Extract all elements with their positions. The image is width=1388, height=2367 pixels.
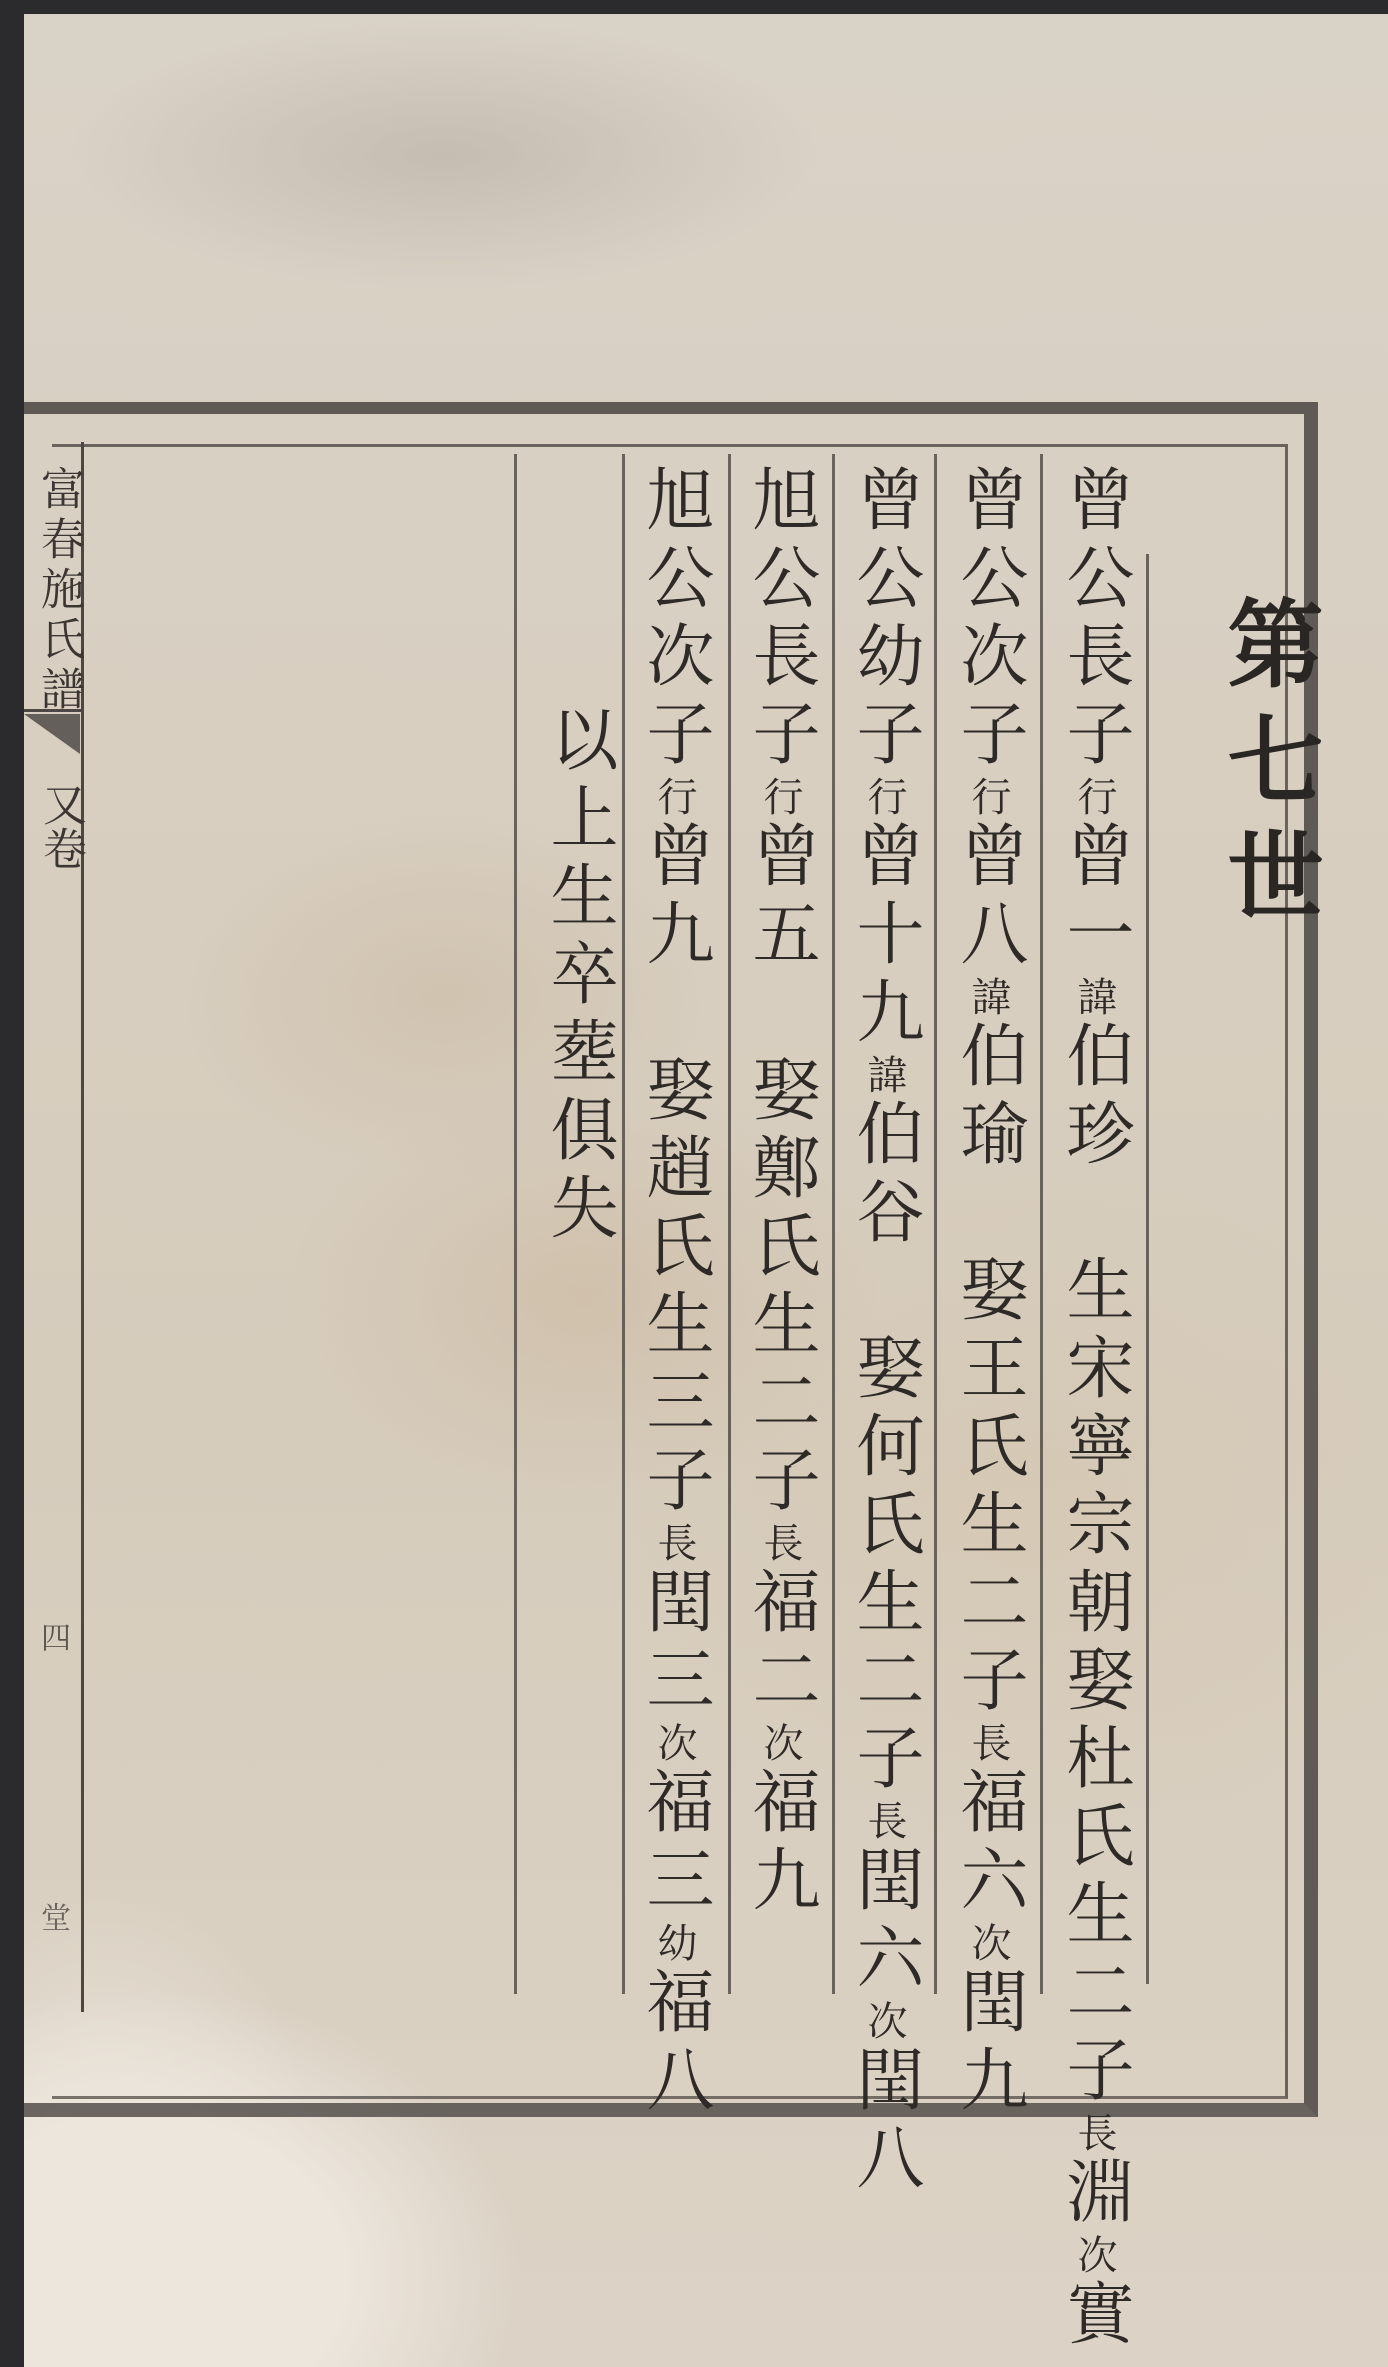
entry-son: 福二 [741,1566,820,1722]
entry-name: 曾公次子 [949,464,1028,776]
entry-annotation: 行 [651,776,697,820]
genealogy-entry-2: 曾公次子行曾八諱伯瑜 娶王氏生二子長福六次閏九 [954,464,1022,2122]
entry-annotation: 次 [757,1722,803,1766]
spine-volume: 又卷 [28,782,92,870]
entry-rank: 曾一 [1055,820,1134,976]
entry-annotation: 行 [1071,776,1117,820]
entry-annotation: 行 [965,776,1011,820]
entry-son: 淵 [1055,2156,1134,2234]
genealogy-entry-4: 旭公長子行曾五 娶鄭氏生二子長福二次福九 [746,464,814,1922]
column-rule [934,454,937,1994]
fishtail-mark-icon [24,714,80,754]
entry-annotation: 次 [965,1922,1011,1966]
genealogy-page: 富春施氏譜 又卷 四 堂 第七世 曾公長子行曾一諱伯珍 生宋寧宗朝娶杜氏生二子長… [24,14,1388,2367]
column-rule [1146,554,1149,1984]
entry-annotation: 次 [1071,2234,1117,2278]
entry-son: 福八 [635,1966,714,2122]
genealogy-entry-5: 旭公次子行曾九 娶趙氏生三子長閏三次福三幼福八 [640,464,708,2122]
spine-volume-label: 卷 [35,826,86,870]
entry-annotation: 次 [861,2000,907,2044]
book-spine-margin: 富春施氏譜 又卷 四 堂 [24,442,84,2012]
entry-son: 閏八 [845,2044,924,2200]
entry-text: 曾九 娶趙氏生三子 [635,820,714,1522]
note-text: 以上生卒塟俱失 [539,704,618,1250]
entry-annotation: 長 [965,1722,1011,1766]
spine-page-number: 四 [30,1622,74,1652]
entry-rank: 曾十九 [845,820,924,1054]
entry-rank: 曾八 [949,820,1028,976]
column-rule [1040,454,1043,1994]
entry-text: 伯谷 娶何氏生二子 [845,1098,924,1800]
spine-hall-name: 堂 [30,1902,74,1932]
generation-heading: 第七世 [1200,594,1337,942]
spine-book-title: 富春施氏譜 [26,466,90,716]
entry-son: 實 [1055,2278,1134,2356]
entry-text: 伯珍 生宋寧宗朝娶杜氏生二子 [1055,1020,1134,2112]
entry-text: 曾五 娶鄭氏生二子 [741,820,820,1522]
genealogy-entry-3: 曾公幼子行曾十九諱伯谷 娶何氏生二子長閏六次閏八 [850,464,918,2200]
entry-son: 閏九 [949,1966,1028,2122]
entry-annotation: 長 [651,1522,697,1566]
entry-name: 曾公幼子 [845,464,924,776]
entry-annotation: 長 [757,1522,803,1566]
spine-volume-prefix: 又 [35,782,86,826]
entry-son: 閏六 [845,1844,924,2000]
entry-annotation: 長 [861,1800,907,1844]
entry-son: 閏三 [635,1566,714,1722]
entry-text: 伯瑜 娶王氏生二子 [949,1020,1028,1722]
entry-son: 福九 [741,1766,820,1922]
genealogy-entry-1: 曾公長子行曾一諱伯珍 生宋寧宗朝娶杜氏生二子長淵次實 [1060,464,1128,2356]
genealogy-note: 以上生卒塟俱失 [544,704,612,1250]
entry-annotation: 長 [1071,2112,1117,2156]
column-rule [622,454,625,1994]
entry-annotation: 次 [651,1722,697,1766]
entry-annotation: 行 [757,776,803,820]
column-rule [514,454,517,1994]
entry-name: 旭公長子 [741,464,820,776]
entry-annotation: 諱 [861,1054,907,1098]
entry-annotation: 幼 [651,1922,697,1966]
entry-son: 福三 [635,1766,714,1922]
column-rule [728,454,731,1994]
entry-annotation: 行 [861,776,907,820]
entry-son: 福六 [949,1766,1028,1922]
entry-annotation: 諱 [1071,976,1117,1020]
entry-name: 曾公長子 [1055,464,1134,776]
entry-annotation: 諱 [965,976,1011,1020]
column-rule [832,454,835,1994]
entry-name: 旭公次子 [635,464,714,776]
